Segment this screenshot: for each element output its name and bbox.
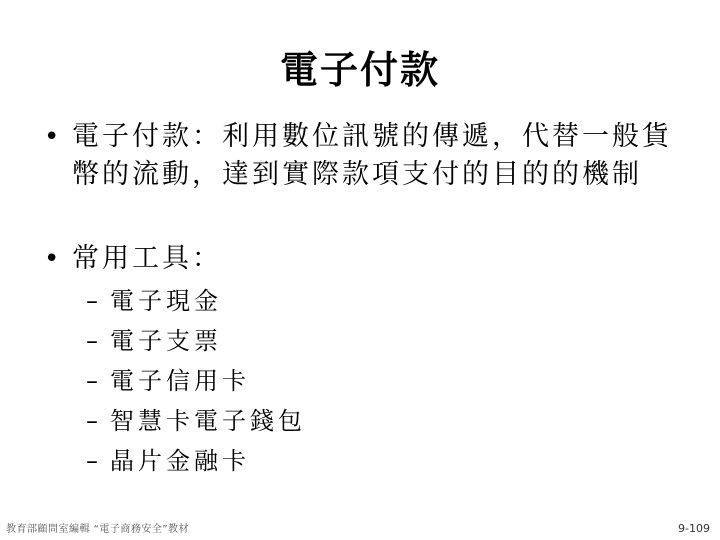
sub-item: – 電子現金 <box>86 282 222 320</box>
footer-source: 教育部顧問室編輯 “電子商務安全”教材 <box>6 520 189 535</box>
sub-text: 電子信用卡 <box>110 362 250 400</box>
sub-marker: – <box>86 402 110 440</box>
slide-title: 電子付款 <box>0 42 720 98</box>
sub-text: 智慧卡電子錢包 <box>110 402 306 440</box>
sub-text: 電子現金 <box>110 282 222 320</box>
sub-text: 晶片金融卡 <box>110 442 250 480</box>
sub-item: – 電子支票 <box>86 322 222 360</box>
bullet-text: 電子付款：利用數位訊號的傳遞，代替一般貨幣的流動，達到實際款項支付的目的的機制 <box>72 118 672 194</box>
page-number: 9-109 <box>678 522 710 535</box>
sub-marker: – <box>86 442 110 480</box>
sub-item: – 電子信用卡 <box>86 362 250 400</box>
sub-item: – 晶片金融卡 <box>86 442 250 480</box>
bullet-item: • 電子付款：利用數位訊號的傳遞，代替一般貨幣的流動，達到實際款項支付的目的的機… <box>44 118 672 194</box>
sub-marker: – <box>86 322 110 360</box>
bullet-marker: • <box>44 240 72 278</box>
bullet-marker: • <box>44 118 72 156</box>
sub-marker: – <box>86 362 110 400</box>
sub-text: 電子支票 <box>110 322 222 360</box>
bullet-text: 常用工具： <box>72 240 672 278</box>
sub-item: – 智慧卡電子錢包 <box>86 402 306 440</box>
sub-marker: – <box>86 282 110 320</box>
bullet-item: • 常用工具： <box>44 240 672 278</box>
